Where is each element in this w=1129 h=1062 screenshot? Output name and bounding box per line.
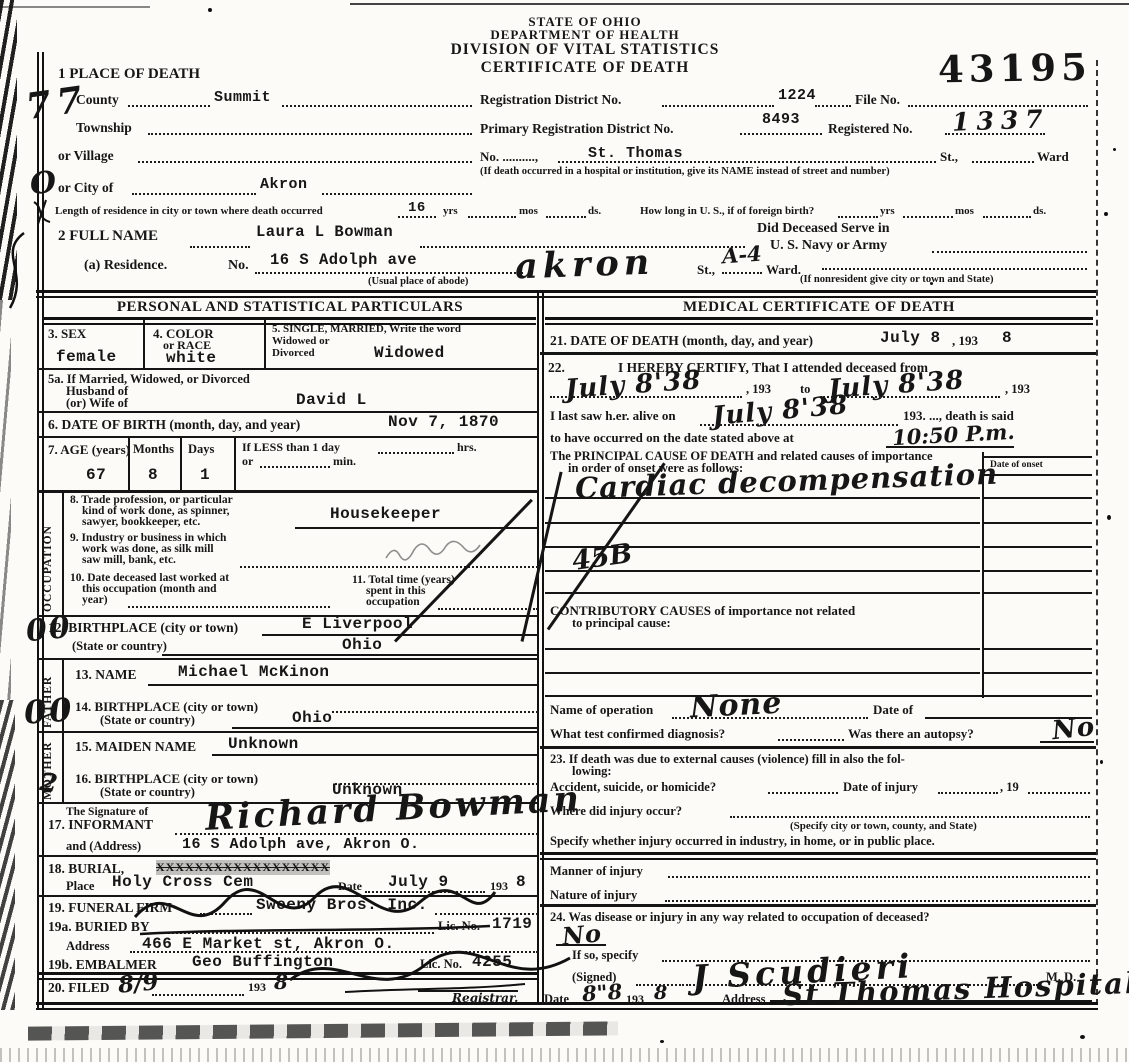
dotted-line [700,424,898,426]
father-state-value: Ohio [292,709,332,727]
rule-line [984,497,1092,499]
birthplace-label: 12. BIRTHPLACE (city or town) [48,620,238,636]
signed-year-prefix: 193 [626,992,644,1007]
dotted-line [128,606,330,608]
dotted-line [558,161,936,163]
where-injury-label: Where did injury occur? [550,804,682,819]
rule-line [984,474,1092,476]
date-of-death-label: 21. DATE OF DEATH (month, day, and year) [550,333,813,349]
birthplace-value: E Liverpool [302,615,413,633]
city-value: Akron [260,176,308,193]
months-value: 8 [148,466,158,484]
manner-of-injury-label: Manner of injury [550,864,643,879]
father-name-label: 13. NAME [75,667,137,683]
file-no-label: File No. [855,92,900,108]
rule-line [38,436,538,438]
signed-date-handwriting: 8"8 [581,979,623,1007]
residence-no-label: No. [228,258,249,274]
registration-district-value: 1224 [778,87,816,104]
form-right-border [1096,60,1098,1005]
mother-name-label: 15. MAIDEN NAME [75,739,196,755]
scan-line-artifact [0,6,150,8]
ds-label: ds. [588,205,601,217]
dotted-line [778,739,844,741]
rule-line [545,592,980,594]
rule-line [262,634,538,636]
dod-year-value: 8 [1002,329,1012,347]
ink-speck [1104,212,1108,216]
form-title: CERTIFICATE OF DEATH [400,59,770,77]
rule-line [545,672,980,674]
scan-edge-artifact [0,700,15,1010]
service-label-2: U. S. Navy or Army [770,238,887,254]
injury-year-label: , 19 [1000,780,1019,795]
occurred-label: to have occurred on the date stated abov… [550,430,794,446]
village-label: or Village [58,148,114,164]
rule-line [540,746,1096,749]
city-label: or City of [58,180,113,196]
nature-of-injury-label: Nature of injury [550,888,637,903]
days-value: 1 [200,466,210,484]
total-time-label-3: occupation [366,596,420,608]
trade-label-3: sawyer, bookkeeper, etc. [82,516,200,528]
ink-speck [1100,760,1103,764]
dotted-line [938,792,998,794]
rule-line [545,497,980,499]
sex-label: 3. SEX [48,326,86,342]
last-worked-label-3: year) [82,594,108,606]
test-label: What test confirmed diagnosis? [550,726,725,742]
rule-line [1040,741,1094,743]
last-saw-label: I last saw h.er. alive on [550,408,676,424]
rule-line [556,944,606,946]
informant-signature-handwriting: Richard Bowman [204,778,583,839]
yrs-label-2: yrs [880,205,895,217]
months-label: Months [133,442,174,457]
or-label: or [242,454,253,469]
margin-mark-row16: 2 [38,767,59,798]
dotted-line [148,133,472,135]
if-so-specify-label: If so, specify [572,948,638,963]
industry-label-3: saw mill, bank, etc. [82,554,176,566]
days-label: Days [188,442,214,457]
ward-label: Ward [1037,149,1069,165]
dotted-line [672,717,868,719]
operation-date-label: Date of [873,702,913,718]
margin-mark-row14: 00 [23,690,76,731]
full-name-value: Laura L Bowman [256,223,393,241]
rule-line [232,727,538,729]
column-divider [537,292,544,1004]
rule-line [162,654,538,656]
ink-speck [660,1040,664,1043]
residence-st-label: St., [697,262,715,278]
wife-label: (or) Wife of [66,396,128,411]
dotted-line [662,105,774,107]
ink-speck [1080,1035,1085,1039]
rule-line [38,615,538,617]
form-division-title: DIVISION OF VITAL STATISTICS [400,41,770,59]
dotted-line [128,105,210,107]
rule-line [38,658,538,660]
rule-line [148,684,538,686]
physician-address-label: Address [722,992,766,1007]
service-label-1: Did Deceased Serve in [757,221,890,237]
marital-label-3: Divorced [272,347,315,359]
dotted-line [175,833,538,835]
occupation-vertical-label: OCCUPATION [42,494,54,612]
residence-length-label: Length of residence in city or town wher… [55,205,323,217]
rule-line [984,456,1092,458]
dotted-line [945,133,1045,135]
dotted-line [282,105,472,107]
dotted-line [255,272,523,274]
year-193-a: , 193 [746,382,771,397]
attended-from-handwriting: July 8'38 [564,365,702,404]
marital-value: Widowed [374,344,445,362]
dotted-line [332,711,538,713]
dotted-line [903,216,953,218]
residence-label: (a) Residence. [84,258,167,274]
margin-squiggle [30,198,54,226]
dotted-line [983,216,1031,218]
ds-label-2: ds. [1033,205,1046,217]
dotted-line [190,246,250,248]
marital-label-2: Widowed or [272,335,330,347]
certify-number: 22. [548,360,565,376]
contributory-label-2: to principal cause: [572,616,671,631]
marital-label-1: 5. SINGLE, MARRIED, Write the word [272,323,461,335]
dotted-line [730,816,1090,818]
dotted-line [138,161,472,163]
rule-line [886,446,1014,448]
header-underline [545,317,1093,325]
rule-line [545,648,980,650]
residence-ward-label: Ward. [766,262,801,278]
hrs-label: hrs. [457,440,477,455]
cell-divider [234,436,236,490]
primary-registration-value: 8493 [762,111,800,128]
dotted-line [550,396,742,398]
residence-value: 16 S Adolph ave [270,251,417,269]
dotted-line [838,216,878,218]
dotted-line [740,133,822,135]
specify-where-label: Specify whether injury occurred in indus… [550,834,935,849]
specify-city-note: (Specify city or town, county, and State… [790,820,977,832]
margin-mark-top: 77 [23,78,90,128]
nonresident-note: (If nonresident give city or town and St… [800,274,994,285]
birthplace-state-value: Ohio [342,636,382,654]
dotted-line [322,193,472,195]
certificate-stamp-number: 43195 [938,45,1092,92]
dotted-line [398,216,436,218]
registration-district-label: Registration District No. [480,92,621,108]
street-no-label: No. .........., [480,149,538,165]
cell-divider [128,436,130,490]
street-value: St. Thomas [588,145,683,162]
sex-value: female [56,348,117,366]
rule-line [984,570,1092,572]
less-than-day-label: If LESS than 1 day [242,440,340,455]
ink-speck [1113,148,1116,151]
birthplace-state-label: (State or country) [72,639,167,654]
rule-line-double [540,852,1096,860]
dotted-line [546,216,586,218]
scan-edge-artifact [0,300,11,700]
dotted-line [468,216,516,218]
rule-line [38,731,538,733]
st-label: St., [940,149,958,165]
color-value: white [166,349,217,367]
rule-line [984,592,1092,594]
dotted-line [378,452,454,454]
buried-address-label: Address [66,939,110,954]
hospital-note: (If death occurred in a hospital or inst… [480,166,890,177]
township-label: Township [76,120,132,136]
burial-year-value: 8 [516,873,526,891]
dotted-line [1028,792,1090,794]
dotted-line [768,792,838,794]
margin-squiggle [2,228,32,313]
yrs-label: yrs [443,205,458,217]
rule-line [984,648,1092,650]
informant-address-value: 16 S Adolph ave, Akron O. [182,836,420,853]
dod-year-prefix: , 193 [952,333,978,349]
rule-line [984,546,1092,548]
cell-divider [264,320,266,368]
rule-line [984,522,1092,524]
informant-label: 17. INFORMANT [48,817,153,833]
registrar-label: Registrar. [452,991,518,1005]
registrar-signature-scribble [285,950,575,1000]
dotted-line [972,161,1034,163]
autopsy-label: Was there an autopsy? [848,726,974,742]
operation-value-handwriting: None [689,686,783,726]
dotted-line [438,608,538,610]
min-label: min. [333,454,356,469]
dob-value: Nov 7, 1870 [388,413,499,431]
scan-line-artifact [350,3,1129,5]
ink-speck [1107,515,1111,520]
dotted-line [822,268,1087,270]
filed-year-prefix: 193 [248,980,266,995]
medical-section-header: MEDICAL CERTIFICATE OF DEATH [545,299,1093,316]
dotted-line [932,251,1087,253]
filed-label: 20. FILED [48,980,110,996]
informant-address-label: and (Address) [66,839,141,854]
rule-line [545,570,980,572]
rule-line [984,672,1092,674]
father-state-label: (State or country) [100,713,195,728]
registered-no-value: 1337 [952,104,1051,136]
scan-smudge-artifact [28,1021,618,1040]
dotted-line [152,994,244,996]
rule-line [38,368,538,370]
rule-line [540,352,1096,355]
foreign-birth-label: How long in U. S., if of foreign birth? [640,205,814,217]
age-value: 67 [86,466,106,484]
residence-years-value: 16 [408,200,426,216]
injury-date-label: Date of injury [843,780,918,795]
rule-line [545,522,980,524]
trade-value: Housekeeper [330,505,441,523]
mother-state-label: (State or country) [100,785,195,800]
scan-grain-artifact [0,1048,1129,1062]
rule-line [770,1000,1092,1002]
father-name-value: Michael McKinon [178,663,330,681]
cell-divider [143,320,145,368]
dotted-line [815,105,851,107]
signed-date-label: Date [544,992,569,1007]
burial-place-label: Place [66,879,94,894]
dob-label: 6. DATE OF BIRTH (month, day, and year) [48,417,300,433]
date-of-death-value: July 8 [880,329,941,347]
personal-section-header: PERSONAL AND STATISTICAL PARTICULARS [44,299,536,316]
accident-label: Accident, suicide, or homicide? [550,780,716,795]
occupation-related-question: 24. Was disease or injury in any way rel… [550,910,930,925]
rule-line [38,855,538,857]
year-193-b: , 193 [1005,382,1030,397]
mos-label: mos [519,205,538,217]
margin-mark-city-circle: O [29,165,58,202]
age-label: 7. AGE (years) [48,442,130,458]
rule-line [38,490,538,493]
rule-line [212,754,538,756]
death-certificate-scan: STATE OF OHIO DEPARTMENT OF HEALTH DIVIS… [0,0,1129,1062]
external-causes-label-2: lowing: [572,764,612,779]
rule-line [540,904,1096,907]
rule-line [545,695,1092,697]
county-value: Summit [214,89,271,106]
dotted-line [260,466,330,468]
faint-pencil-scribble [382,536,494,566]
dotted-line [722,272,762,274]
primary-registration-label: Primary Registration District No. [480,121,673,137]
residence-city-handwriting: akron [514,242,655,288]
abode-note: (Usual place of abode) [368,276,468,287]
dotted-line [132,193,256,195]
dotted-line [240,566,538,568]
cell-divider [180,436,182,490]
label-column-divider [62,490,64,615]
dotted-line [665,900,1090,902]
operation-label: Name of operation [550,702,653,718]
registered-no-label: Registered No. [828,121,912,137]
mos-label-2: mos [955,205,974,217]
mother-name-value: Unknown [228,735,299,753]
dotted-line [668,876,1090,878]
ward-handwriting: A-4 [721,241,762,269]
section-divider-line [36,290,1096,298]
margin-mark-row12: 00 [24,610,73,650]
signed-year-handwriting: 8 [654,982,667,1004]
ink-speck [208,8,212,12]
date-of-onset-header: Date of onset [990,460,1043,470]
full-name-label: 2 FULL NAME [58,228,158,245]
spouse-value: David L [296,391,367,409]
